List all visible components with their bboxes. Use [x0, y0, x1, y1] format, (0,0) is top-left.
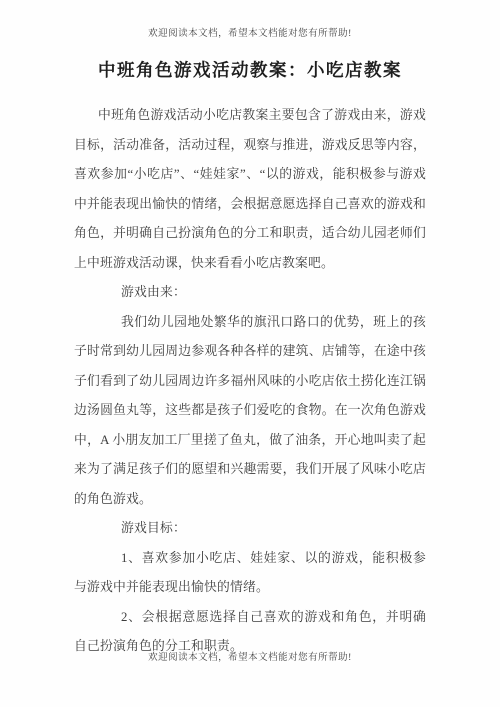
paragraph-game-origin: 我们幼儿园地处繁华的旗汛口路口的优势，班上的孩子时常到幼儿园周边参观各种各样的建…	[74, 308, 426, 515]
section-heading-game-goals: 游戏目标：	[74, 514, 426, 544]
section-heading-game-origin: 游戏由来：	[74, 278, 426, 308]
document-page: 欢迎阅读本文档，希望本文档能对您有所帮助! 中班角色游戏活动教案：小吃店教案 中…	[0, 0, 500, 707]
document-title: 中班角色游戏活动教案：小吃店教案	[0, 57, 500, 83]
page-footer-note: 欢迎阅读本文档，希望本文档能对您有所帮助!	[0, 651, 500, 666]
paragraph-intro: 中班角色游戏活动小吃店教案主要包含了游戏由来，游戏目标，活动准备，活动过程，观察…	[74, 101, 426, 278]
page-header-note: 欢迎阅读本文档，希望本文档能对您有所帮助!	[0, 27, 500, 42]
document-body: 中班角色游戏活动小吃店教案主要包含了游戏由来，游戏目标，活动准备，活动过程，观察…	[74, 101, 426, 662]
goal-item-1: 1、喜欢参加小吃店、娃娃家、以的游戏，能积极参与游戏中并能表现出愉快的情绪。	[74, 544, 426, 603]
